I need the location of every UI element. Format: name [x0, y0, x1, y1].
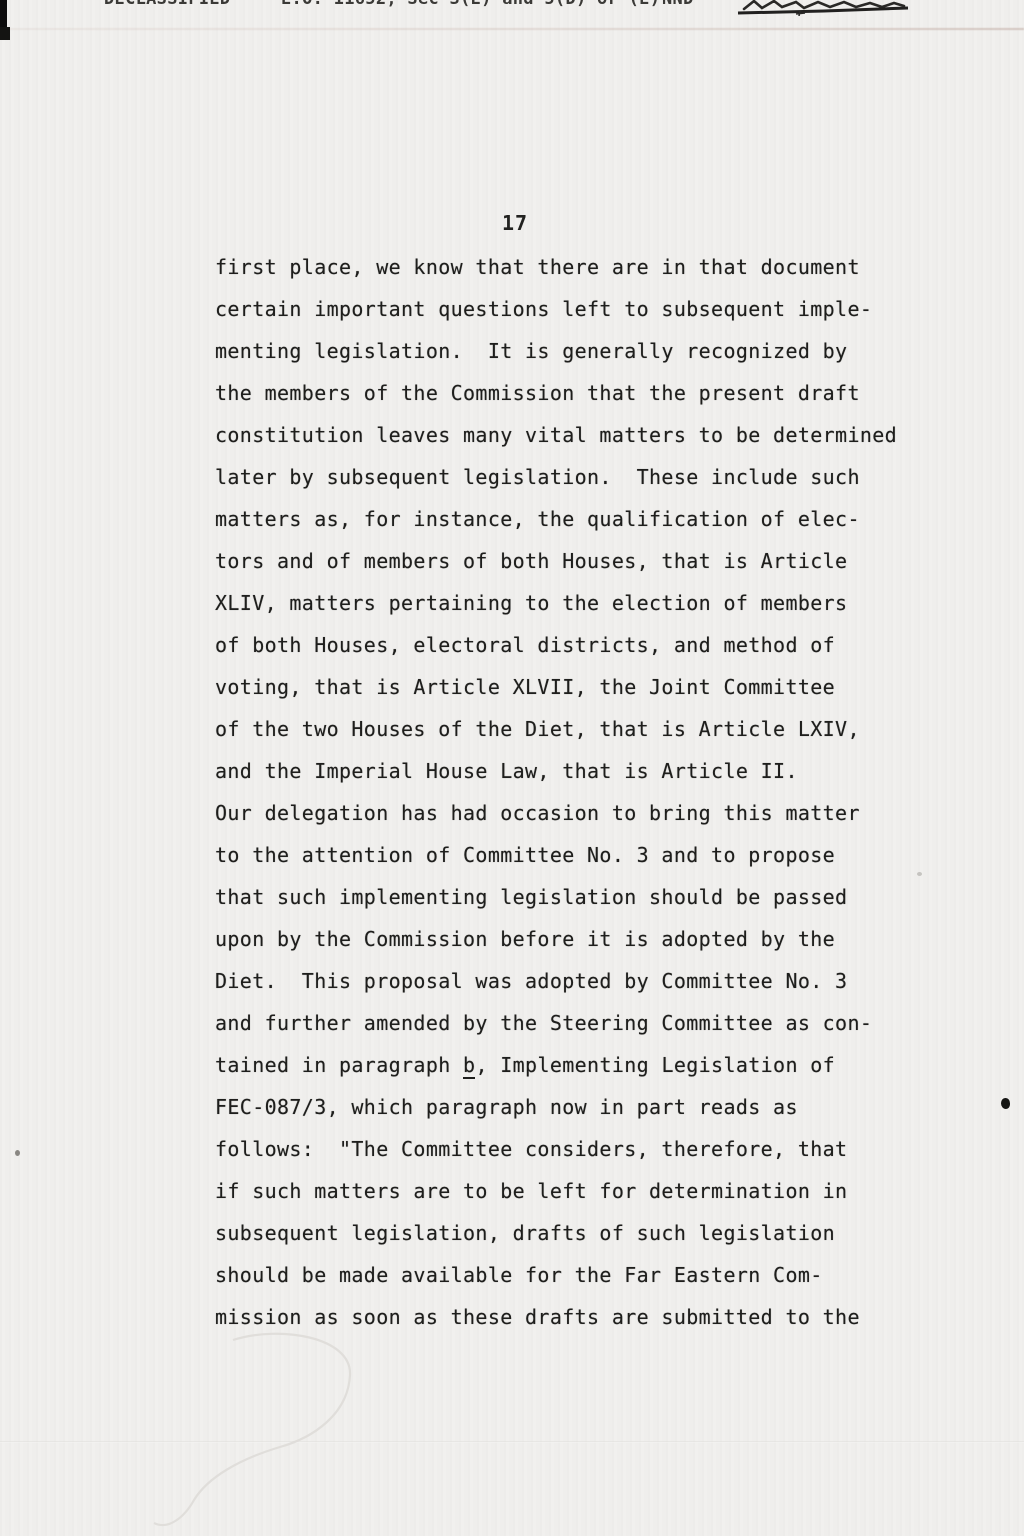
text-line: of both Houses, electoral districts, and… [215, 624, 935, 666]
text-line: and the Imperial House Law, that is Arti… [215, 750, 935, 792]
text-line: of the two Houses of the Diet, that is A… [215, 708, 935, 750]
text-line: and further amended by the Steering Comm… [215, 1002, 935, 1044]
underlined-text: b [463, 1053, 475, 1079]
faint-pencil-loop-artifact [140, 1320, 440, 1536]
speck-artifact-left [15, 1150, 20, 1156]
text-line: matters as, for instance, the qualificat… [215, 498, 935, 540]
text-line: voting, that is Article XLVII, the Joint… [215, 666, 935, 708]
text-line: FEC-087/3, which paragraph now in part r… [215, 1086, 935, 1128]
text-line: tained in paragraph b, Implementing Legi… [215, 1044, 935, 1086]
typewritten-text-block: first place, we know that there are in t… [215, 246, 935, 1338]
declassified-stamp-label: DECLASSIFIED [104, 0, 230, 9]
text-line: menting legislation. It is generally rec… [215, 330, 935, 372]
text-line: XLIV, matters pertaining to the election… [215, 582, 935, 624]
handwritten-scribble-icon [736, 0, 916, 16]
text-line: that such implementing legislation shoul… [215, 876, 935, 918]
text-line: tors and of members of both Houses, that… [215, 540, 935, 582]
text-line: should be made available for the Far Eas… [215, 1254, 935, 1296]
text-line: first place, we know that there are in t… [215, 246, 935, 288]
text-line: if such matters are to be left for deter… [215, 1170, 935, 1212]
text-line: Diet. This proposal was adopted by Commi… [215, 960, 935, 1002]
text-line: Our delegation has had occasion to bring… [215, 792, 935, 834]
text-line: follows: "The Committee considers, there… [215, 1128, 935, 1170]
text-line: certain important questions left to subs… [215, 288, 935, 330]
nnd-stamp-label: NND [662, 0, 694, 9]
text-line: subsequent legislation, drafts of such l… [215, 1212, 935, 1254]
text-line: upon by the Commission before it is adop… [215, 918, 935, 960]
text-line: to the attention of Committee No. 3 and … [215, 834, 935, 876]
paper-crease-top [0, 28, 1024, 30]
executive-order-stamp-line: E.O. 11652, Sec 3(E) and 5(D) or (E) [281, 0, 660, 9]
text-line: constitution leaves many vital matters t… [215, 414, 935, 456]
page-number: 17 [480, 211, 550, 235]
ink-dot-artifact [1001, 1098, 1010, 1109]
text-line: mission as soon as these drafts are subm… [215, 1296, 935, 1338]
declassification-stamp: DECLASSIFIED E.O. 11652, Sec 3(E) and 5(… [0, 0, 1024, 16]
text-line: the members of the Commission that the p… [215, 372, 935, 414]
text-line: later by subsequent legislation. These i… [215, 456, 935, 498]
scan-edge-mark-blob [0, 27, 10, 40]
